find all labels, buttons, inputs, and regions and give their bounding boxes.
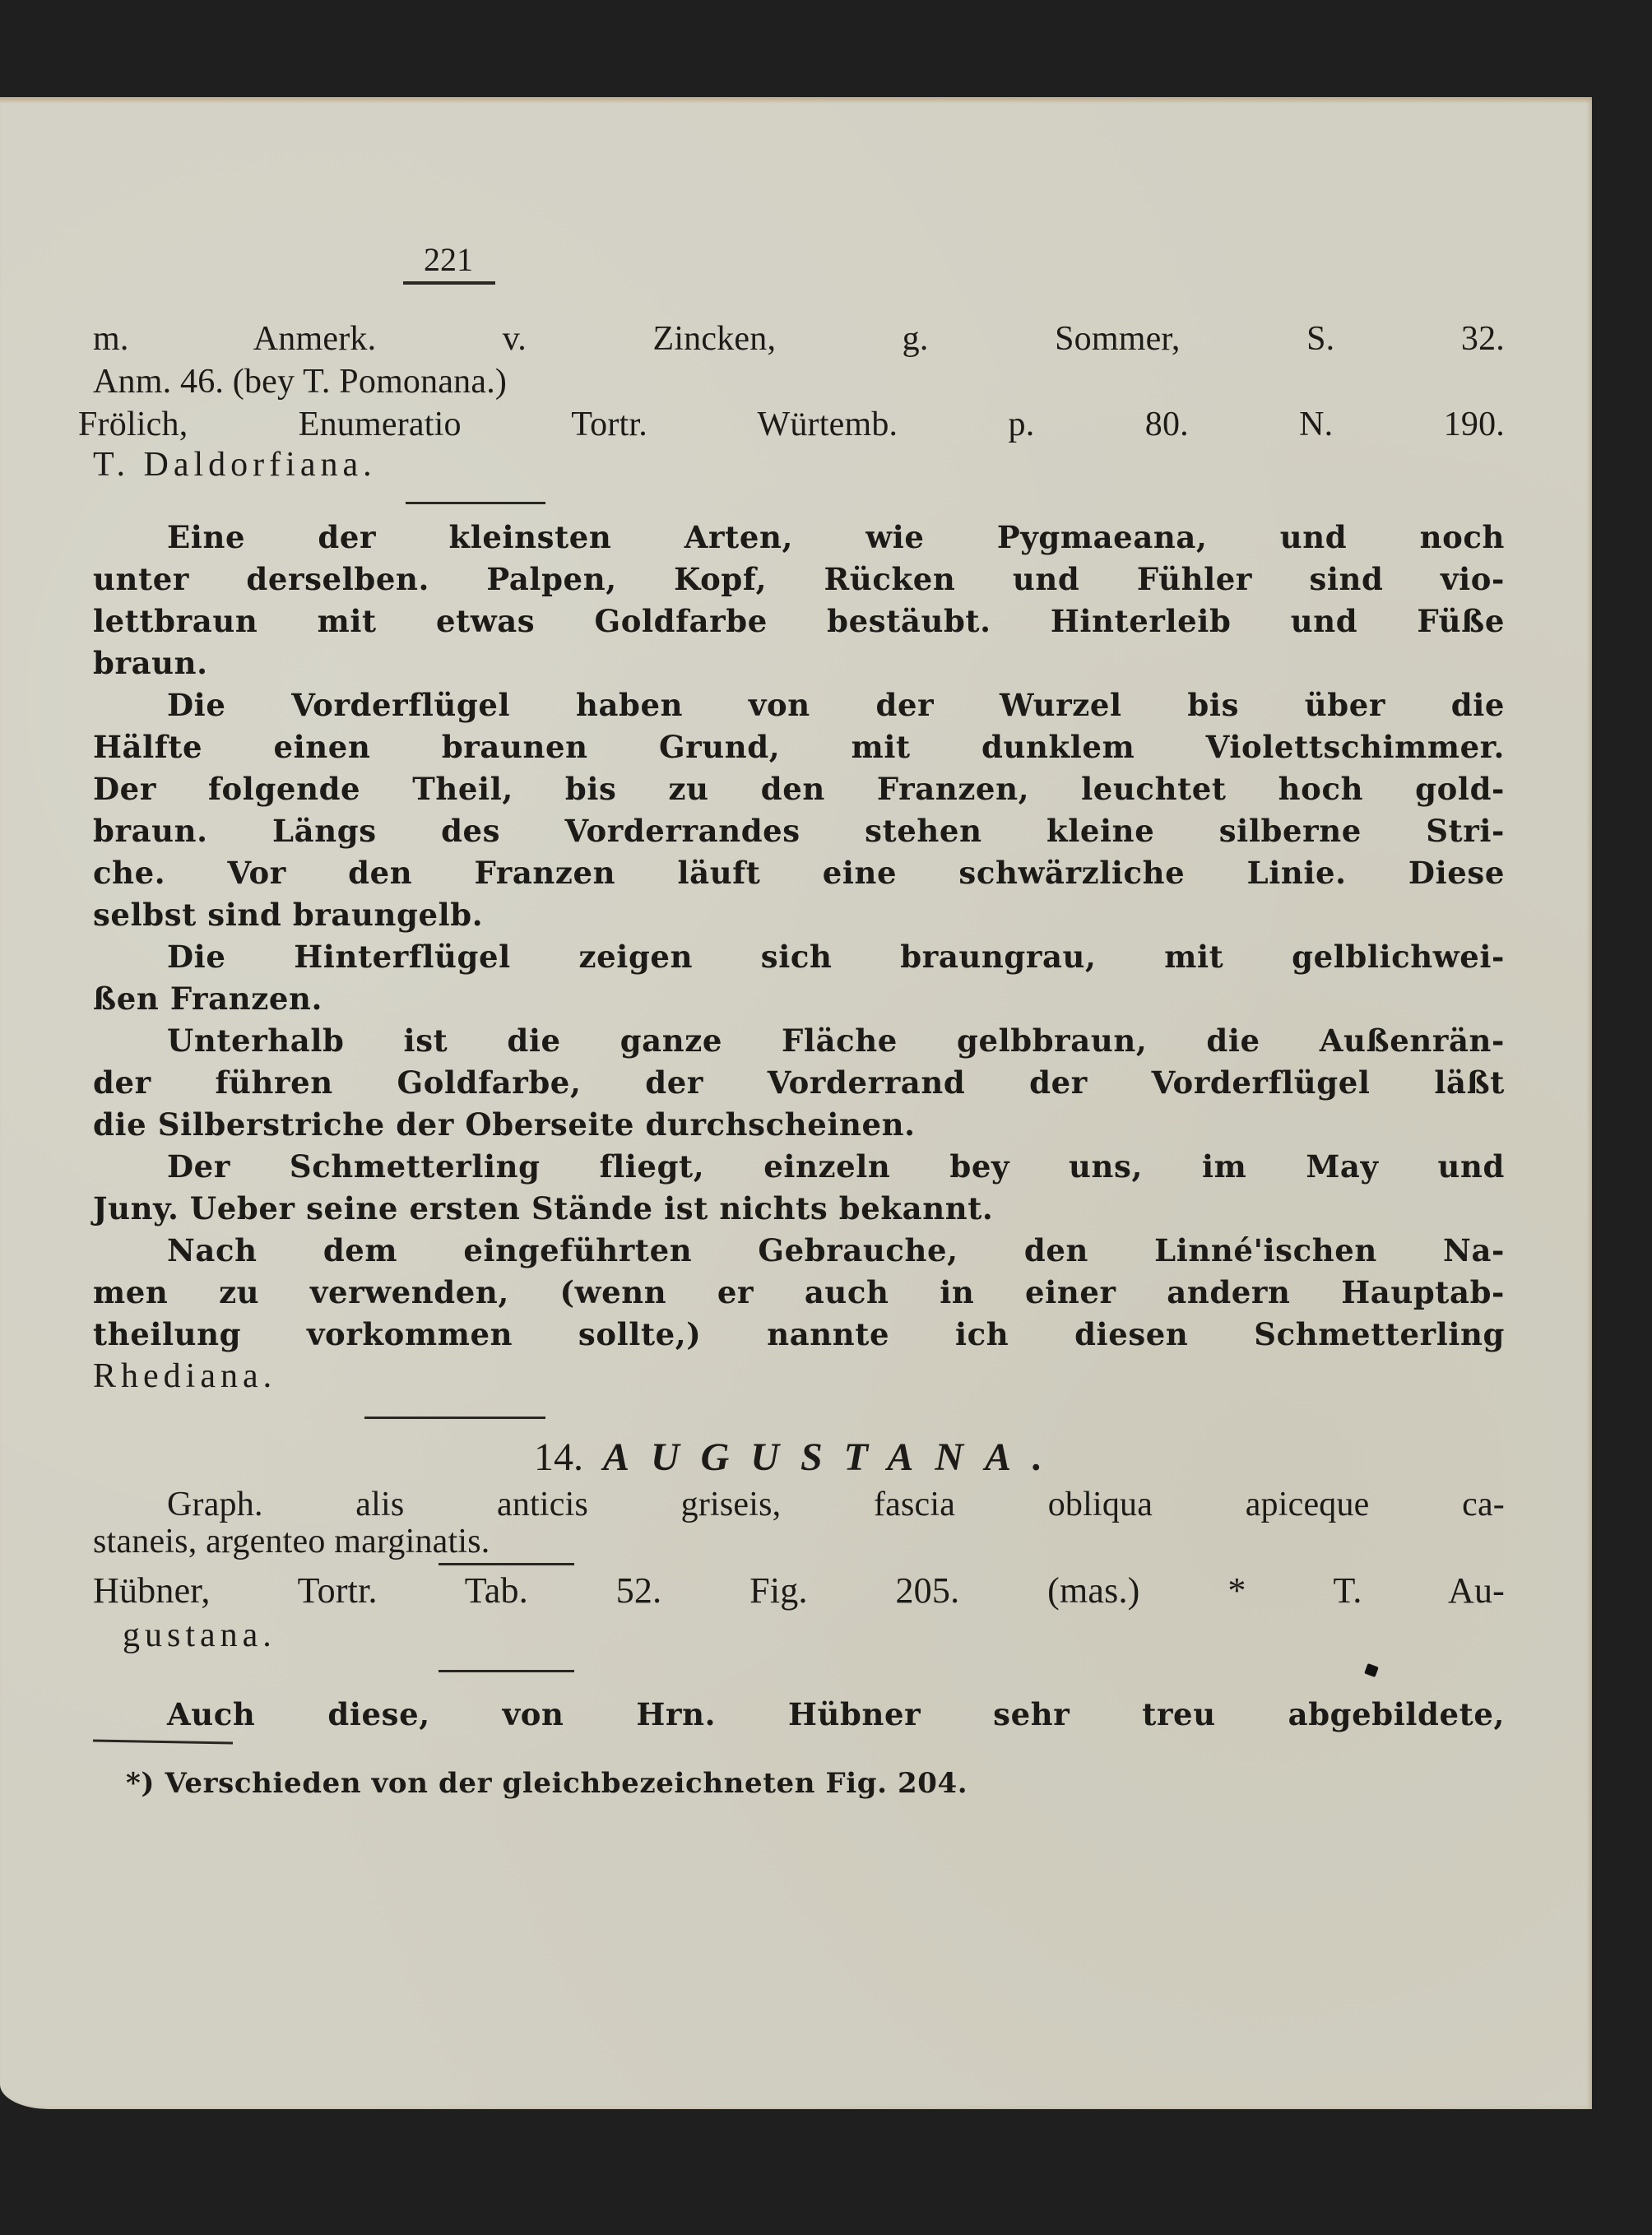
- paragraph-line: braun. Längs des Vorderrandes stehen kle…: [93, 811, 1505, 851]
- reference-line: Hübner, Tortr. Tab. 52. Fig. 205. (mas.)…: [93, 1571, 1505, 1611]
- reference-line: gustana.: [93, 1616, 1505, 1655]
- page-edge: [0, 97, 1592, 104]
- species-number: 14.: [534, 1435, 583, 1479]
- paragraph-line: Die Hinterflügel zeigen sich braungrau, …: [93, 937, 1505, 976]
- citation-line: Frölich, Enumeratio Tortr. Würtemb. p. 8…: [78, 405, 1505, 444]
- paragraph-line: theilung vorkommen sollte,) nannte ich d…: [93, 1315, 1505, 1354]
- paragraph-line: lettbraun mit etwas Goldfarbe bestäubt. …: [93, 601, 1505, 641]
- paragraph-line: Die Vorderflügel haben von der Wurzel bi…: [93, 685, 1505, 725]
- species-name-rhediana: Rhediana.: [93, 1356, 1505, 1396]
- section-rule: [406, 502, 545, 504]
- paragraph-line: che. Vor den Franzen läuft eine schwärzl…: [93, 853, 1505, 893]
- species-heading: 14.AUGUSTANA.: [93, 1435, 1505, 1481]
- page-number: 221: [403, 240, 494, 279]
- section-rule: [364, 1417, 545, 1419]
- paragraph-line: Der folgende Theil, bis zu den Franzen, …: [93, 769, 1505, 809]
- paragraph-line: ßen Franzen.: [93, 979, 1505, 1018]
- footnote: *) Verschieden von der gleichbezeichnete…: [93, 1764, 1505, 1803]
- paragraph-line: Eine der kleinsten Arten, wie Pygmaeana,…: [93, 517, 1505, 557]
- page-number-rule: [403, 281, 495, 285]
- paragraph-line: Nach dem eingeführten Gebrauche, den Lin…: [93, 1231, 1505, 1270]
- section-rule: [439, 1563, 574, 1565]
- paragraph-line: Auch diese, von Hrn. Hübner sehr treu ab…: [93, 1695, 1505, 1734]
- paragraph-line: Juny. Ueber seine ersten Stände ist nich…: [93, 1189, 1505, 1228]
- diagnosis-line: staneis, argenteo marginatis.: [93, 1522, 1505, 1561]
- species-title: AUGUSTANA.: [603, 1435, 1064, 1479]
- paragraph-line: Der Schmetterling fliegt, einzeln bey un…: [93, 1147, 1505, 1186]
- paragraph-line: selbst sind braungelb.: [93, 895, 1505, 934]
- citation-line: T. Daldorfiana.: [93, 445, 1505, 485]
- paragraph-line: die Silberstriche der Oberseite durchsch…: [93, 1105, 1505, 1144]
- paragraph-line: Unterhalb ist die ganze Fläche gelbbraun…: [93, 1021, 1505, 1060]
- paragraph-line: braun.: [93, 643, 1505, 683]
- diagnosis-line: Graph. alis anticis griseis, fascia obli…: [93, 1485, 1505, 1524]
- section-rule: [439, 1670, 574, 1672]
- citation-line: Anm. 46. (bey T. Pomonana.): [93, 362, 1505, 401]
- paragraph-line: Hälfte einen braunen Grund, mit dunklem …: [93, 727, 1505, 767]
- paragraph-line: der führen Goldfarbe, der Vorderrand der…: [93, 1063, 1505, 1102]
- citation-line: m. Anmerk. v. Zincken, g. Sommer, S. 32.: [93, 319, 1505, 359]
- paragraph-line: unter derselben. Palpen, Kopf, Rücken un…: [93, 559, 1505, 599]
- paragraph-line: men zu verwenden, (wenn er auch in einer…: [93, 1273, 1505, 1312]
